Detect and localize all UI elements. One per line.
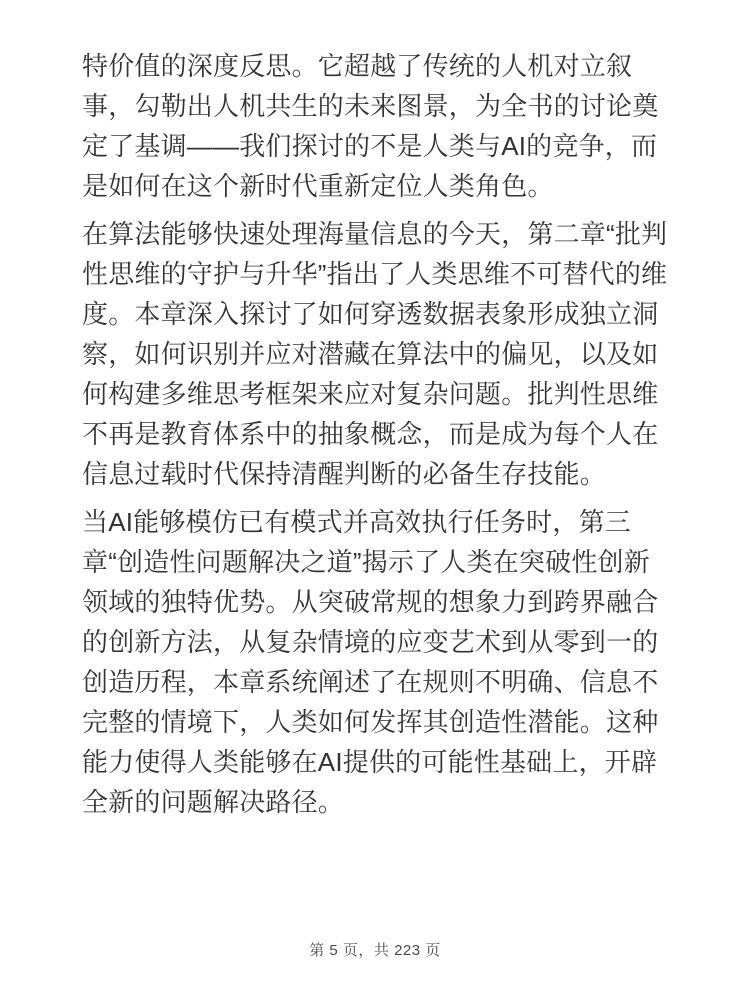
paragraph-1: 特价值的深度反思。它超越了传统的人机对立叙事，勾勒出人机共生的未来图景，为全书的… (82, 46, 670, 206)
document-page: 特价值的深度反思。它超越了传统的人机对立叙事，勾勒出人机共生的未来图景，为全书的… (0, 0, 750, 1000)
page-number-indicator: 第 5 页，共 223 页 (309, 942, 441, 959)
text-content: 特价值的深度反思。它超越了传统的人机对立叙事，勾勒出人机共生的未来图景，为全书的… (82, 46, 670, 830)
paragraph-3: 当AI能够模仿已有模式并高效执行任务时，第三章“创造性问题解决之道”揭示了人类在… (82, 502, 670, 822)
paragraph-2: 在算法能够快速处理海量信息的今天，第二章“批判性思维的守护与升华”指出了人类思维… (82, 214, 670, 494)
page-footer: 第 5 页，共 223 页 (0, 941, 750, 961)
